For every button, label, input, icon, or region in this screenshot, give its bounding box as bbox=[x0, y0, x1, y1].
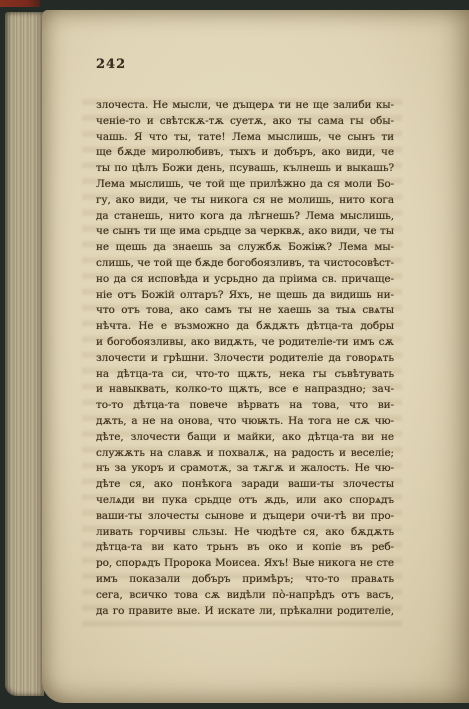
page-number: 242 bbox=[96, 57, 126, 72]
text-line: и богобоязливы, ако видѫть, че родителіе… bbox=[96, 335, 394, 351]
text-line: ты по цѣлъ Божи день, псувашь, кълнешь и… bbox=[96, 161, 394, 177]
text-line: ніе отъ Божій олтаръ? Яхъ, не щешь да ви… bbox=[96, 288, 394, 304]
text-line: дѫть, а не на онова, что чюѭть. На тога … bbox=[96, 414, 394, 430]
text-line: дѣтца-та ви като трьнъ въ око и копіе въ… bbox=[96, 540, 394, 556]
text-line: но да ся исповѣда и усрьдно да пріима св… bbox=[96, 272, 394, 288]
book-page: 242 злочеста. Не мысли, че дъщерѧ ти не … bbox=[42, 10, 469, 703]
text-line: слишь, че той ще бѫде богобоязливъ, та ч… bbox=[96, 256, 394, 272]
text-line: ро, спорѧдъ Пророка Моисеа. Яхъ! Вые ник… bbox=[96, 556, 394, 572]
book-photo: 242 злочеста. Не мысли, че дъщерѧ ти не … bbox=[0, 0, 469, 709]
text-line: что отъ това, ако самъ ты не хаешь за ты… bbox=[96, 303, 394, 319]
text-line: да станешь, нито кога да лѣгнешь? Лема м… bbox=[96, 209, 394, 225]
text-line: на дѣтца-та си, что-то щѫть, нека гы съв… bbox=[96, 367, 394, 383]
text-line: ченіе-то и свѣтскѫ-тѫ суетѫ, ако ты сама… bbox=[96, 114, 394, 130]
book-cover-top-edge bbox=[0, 0, 40, 7]
text-line: чашь. Я что ты, тате! Лема мыслишь, че с… bbox=[96, 130, 394, 146]
text-line: злочести и грѣшни. Злочести родителіе да… bbox=[96, 351, 394, 367]
text-line: гу, ако види, че ты никога ся не молишь,… bbox=[96, 193, 394, 209]
text-line: дѣте, злочести бащи и майки, ако дѣтца-т… bbox=[96, 430, 394, 446]
text-line: злочеста. Не мысли, че дъщерѧ ти не ще з… bbox=[96, 98, 394, 114]
text-line: челѧди ви пука срьдце отъ ѫдь, или ако с… bbox=[96, 493, 394, 509]
text-line: ливать горчивы сльзы. Не чюдѣте ся, ако … bbox=[96, 525, 394, 541]
text-line: ще бѫде миролюбивъ, тыхъ и добъръ, ако в… bbox=[96, 145, 394, 161]
text-line: да го правите вые. И искате ли, прѣкални… bbox=[96, 604, 394, 620]
text-line: ваши-ты злочесты сынове и дъщери очи-тѣ … bbox=[96, 509, 394, 525]
text-line: нъ за укоръ и срамотѫ, за тѫгѫ и жалость… bbox=[96, 461, 394, 477]
text-line: че сынъ ти ще има срьдце за черквѫ, ако … bbox=[96, 224, 394, 240]
text-line: Лема мыслишь, че той ще прилѣжно да ся м… bbox=[96, 177, 394, 193]
page-text-block: злочеста. Не мысли, че дъщерѧ ти не ще з… bbox=[96, 98, 394, 619]
text-line: имъ показали добъръ примѣръ; что-то прав… bbox=[96, 572, 394, 588]
text-line: дѣте ся, ако понѣкога заради ваши-ты зло… bbox=[96, 477, 394, 493]
text-line: не щешь да знаешь за службѫ Божіѭ? Лема … bbox=[96, 240, 394, 256]
text-line: то-то дѣтца-та повече вѣрвать на това, ч… bbox=[96, 398, 394, 414]
text-line: служѫть на славѫ и похвалѫ, на радость и… bbox=[96, 446, 394, 462]
text-line: нѣчта. Не е възможно да бѫдѫть дѣтца-та … bbox=[96, 319, 394, 335]
stacked-page-edges bbox=[5, 12, 44, 696]
text-line: и навыквать, колко-то щѫть, все е напраз… bbox=[96, 382, 394, 398]
text-line: сега, всичко това сѫ видѣли по̀-напрѣдъ … bbox=[96, 588, 394, 604]
